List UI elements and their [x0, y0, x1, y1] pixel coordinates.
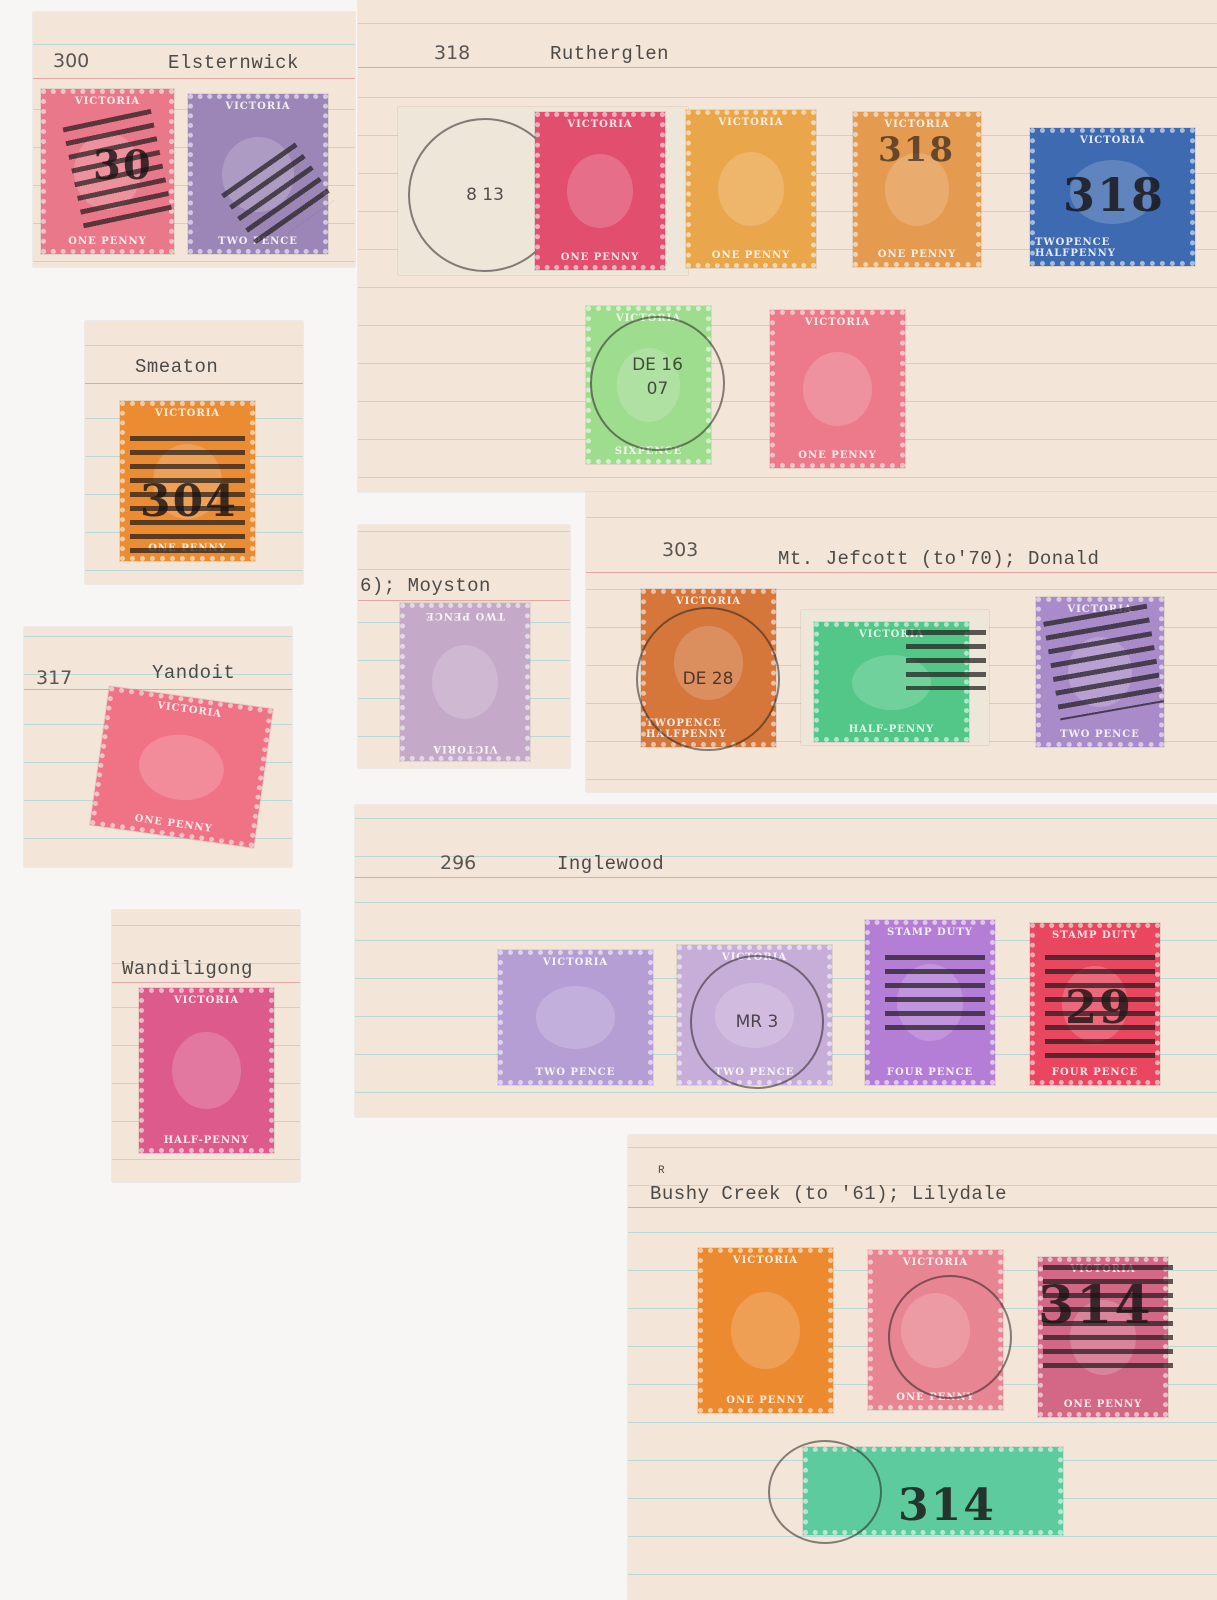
cancel-number: 318: [434, 42, 470, 64]
card-yandoit: 317 Yandoit VICTORIA ONE PENNY: [24, 627, 292, 867]
card-label: 6); Moyston: [360, 575, 491, 597]
stamp-four-pence-mauve: STAMP DUTY FOUR PENCE: [865, 920, 995, 1085]
header-line: [358, 67, 1217, 68]
cancel-number: 300: [53, 50, 89, 72]
stamp-half-penny-magenta: VICTORIA HALF-PENNY: [139, 988, 274, 1153]
stamp-four-pence-red: STAMP DUTY FOUR PENCE: [1030, 923, 1160, 1085]
stamp-two-pence-lilac: VICTORIA TWO PENCE: [400, 603, 530, 761]
card-donald: 303 Mt. Jefcott (to'70); Donald VICTORIA…: [586, 492, 1217, 792]
header-line: [355, 877, 1217, 878]
header-line: [358, 600, 570, 601]
header-line: [33, 78, 355, 79]
stamp-half-penny-green: VICTORIA HALF-PENNY: [814, 622, 969, 742]
stamp-one-penny-pink: VICTORIA ONE PENNY: [868, 1250, 1003, 1410]
card-smeaton: Smeaton VICTORIA ONE PENNY 304: [85, 321, 303, 584]
stamp-two-pence-pale-lilac: VICTORIA TWO PENCE: [677, 945, 832, 1085]
cancel-number: 296: [440, 852, 476, 874]
stamp-one-penny-pink: VICTORIA ONE PENNY: [770, 310, 905, 468]
stamp-one-penny-red: VICTORIA ONE PENNY: [535, 112, 665, 270]
card-label: Mt. Jefcott (to'70); Donald: [778, 548, 1099, 570]
header-line: [85, 383, 303, 384]
stamp-one-penny-orange: VICTORIA ONE PENNY: [120, 401, 255, 561]
stamp-two-pence-lilac: VICTORIA TWO PENCE: [498, 950, 653, 1085]
header-line: [586, 572, 1217, 573]
card-label: Elsternwick: [168, 52, 299, 74]
stamp-two-pence: VICTORIA TWO PENCE: [188, 94, 328, 254]
stamp-two-pence-violet: VICTORIA TWO PENCE: [1036, 597, 1164, 747]
stamp-one-penny-orange: VICTORIA ONE PENNY: [853, 112, 981, 267]
stamp-sixpence-green: VICTORIA SIXPENCE: [586, 306, 711, 464]
card-inglewood: 296 Inglewood VICTORIA TWO PENCE VICTORI…: [355, 805, 1217, 1117]
stamp-one-penny-pink: VICTORIA ONE PENNY: [90, 686, 273, 848]
header-line: [628, 1207, 1217, 1208]
stamp-pair-green: [803, 1447, 1063, 1535]
card-elsternwick: 300 Elsternwick VICTORIA ONE PENNY VICTO…: [33, 12, 355, 267]
stamp-twopence-halfpenny: VICTORIA TWOPENCE HALFPENNY: [641, 589, 776, 747]
cancel-number: 317: [36, 667, 72, 689]
cancel-number: 303: [662, 539, 698, 561]
card-moyston: 6); Moyston VICTORIA TWO PENCE: [358, 525, 570, 768]
card-label: Smeaton: [135, 356, 218, 378]
stamp-one-penny-orange: VICTORIA ONE PENNY: [698, 1248, 833, 1413]
stamp-one-penny: VICTORIA ONE PENNY: [41, 89, 174, 254]
card-wandiligong: Wandiligong VICTORIA HALF-PENNY: [112, 910, 300, 1182]
stamp-one-penny-orange: VICTORIA ONE PENNY: [686, 110, 816, 268]
correction-mark: R: [658, 1165, 665, 1177]
header-line: [24, 689, 292, 690]
card-rutherglen: 318 Rutherglen 8 13 VICTORIA ONE PENNY V…: [358, 0, 1217, 492]
stamp-twopence-halfpenny-blue: VICTORIA TWOPENCE HALFPENNY: [1030, 128, 1195, 266]
card-label: Bushy Creek (to '61); Lilydale: [650, 1183, 1007, 1205]
card-label: Rutherglen: [550, 43, 669, 65]
header-line: [112, 982, 300, 983]
card-label: Yandoit: [152, 662, 235, 684]
card-label: Inglewood: [557, 853, 664, 875]
stamp-one-penny-rose: VICTORIA ONE PENNY: [1038, 1257, 1168, 1417]
card-label: Wandiligong: [122, 958, 253, 980]
card-lilydale: R Bushy Creek (to '61); Lilydale VICTORI…: [628, 1135, 1217, 1600]
